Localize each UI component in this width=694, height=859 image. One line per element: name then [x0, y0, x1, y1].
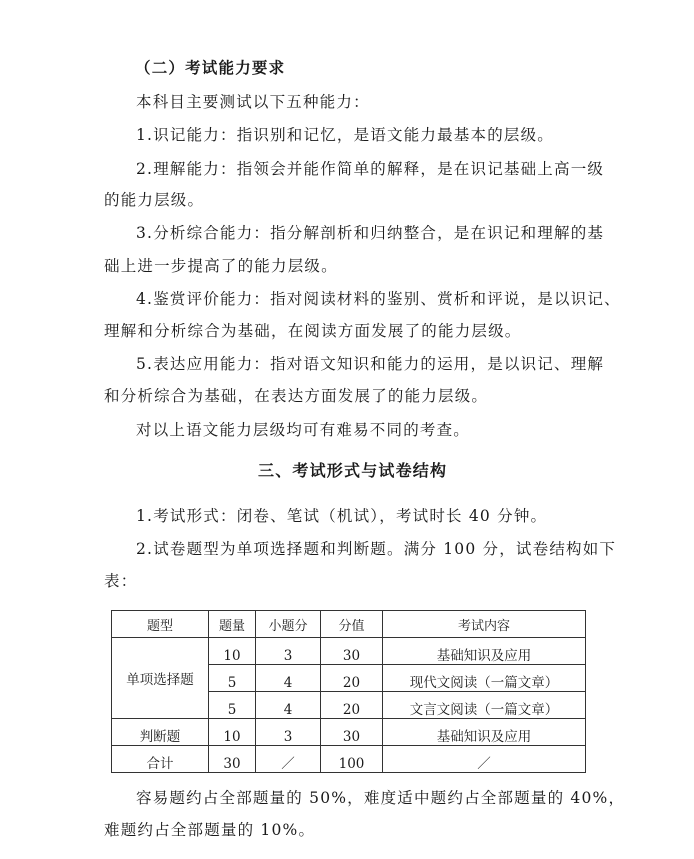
difficulty-line1: 容易题约占全部题量的 50%，难度适中题约占全部题量的 40%，: [136, 788, 625, 808]
ability-4-line1: 4.鉴赏评价能力：指对阅读材料的鉴别、赏析和评说，是以识记、: [136, 289, 621, 309]
cell-count: 5: [209, 692, 256, 719]
type-total: 合计: [112, 746, 209, 773]
header-content: 考试内容: [383, 611, 586, 638]
ability-5-line1: 5.表达应用能力：指对语文知识和能力的运用，是以识记、理解: [136, 354, 604, 374]
intro-paragraph: 本科目主要测试以下五种能力：: [136, 92, 370, 112]
header-type: 题型: [112, 611, 209, 638]
header-score: 分值: [321, 611, 383, 638]
cell-points-each: 4: [256, 665, 321, 692]
cell-count: 10: [209, 719, 256, 746]
cell-content: 基础知识及应用: [383, 638, 586, 665]
ability-4-line2: 理解和分析综合为基础，在阅读方面发展了的能力层级。: [104, 321, 522, 341]
cell-content: ／: [383, 746, 586, 773]
cell-count: 30: [209, 746, 256, 773]
cell-score: 20: [321, 665, 383, 692]
abilities-note: 对以上语文能力层级均可有难易不同的考查。: [136, 420, 470, 440]
type-single-choice: 单项选择题: [112, 638, 209, 719]
difficulty-line2: 难题约占全部题量的 10%。: [104, 820, 315, 840]
ability-1: 1.识记能力：指识别和记忆，是语文能力最基本的层级。: [136, 125, 554, 145]
cell-points-each: 3: [256, 638, 321, 665]
header-points-each: 小题分: [256, 611, 321, 638]
ability-2-line2: 的能力层级。: [104, 190, 204, 210]
cell-score: 20: [321, 692, 383, 719]
structure-line2: 表：: [104, 571, 137, 591]
subsection-title: （二）考试能力要求: [135, 58, 285, 78]
ability-3-line2: 础上进一步提高了的能力层级。: [104, 256, 338, 276]
table-header-row: 题型 题量 小题分 分值 考试内容: [112, 611, 586, 638]
cell-points-each: 3: [256, 719, 321, 746]
cell-points-each: ／: [256, 746, 321, 773]
cell-content: 现代文阅读（一篇文章）: [383, 665, 586, 692]
ability-2-line1: 2.理解能力：指领会并能作简单的解释，是在识记基础上高一级: [136, 159, 604, 179]
structure-line1: 2.试卷题型为单项选择题和判断题。满分 100 分，试卷结构如下: [136, 539, 616, 559]
table-total-row: 合计 30 ／ 100 ／: [112, 746, 586, 773]
type-true-false: 判断题: [112, 719, 209, 746]
exam-format-line: 1.考试形式：闭卷、笔试（机试），考试时长 40 分钟。: [136, 506, 547, 526]
table-row: 单项选择题 10 3 30 基础知识及应用: [112, 638, 586, 665]
cell-count: 10: [209, 638, 256, 665]
cell-count: 5: [209, 665, 256, 692]
cell-score: 30: [321, 638, 383, 665]
table-row: 判断题 10 3 30 基础知识及应用: [112, 719, 586, 746]
ability-3-line1: 3.分析综合能力：指分解剖析和归纳整合，是在识记和理解的基: [136, 223, 604, 243]
cell-content: 基础知识及应用: [383, 719, 586, 746]
cell-score: 100: [321, 746, 383, 773]
exam-structure-table: 题型 题量 小题分 分值 考试内容 单项选择题 10 3 30 基础知识及应用 …: [111, 610, 586, 773]
cell-points-each: 4: [256, 692, 321, 719]
section3-title: 三、考试形式与试卷结构: [258, 461, 447, 481]
header-count: 题量: [209, 611, 256, 638]
cell-content: 文言文阅读（一篇文章）: [383, 692, 586, 719]
ability-5-line2: 和分析综合为基础，在表达方面发展了的能力层级。: [104, 386, 488, 406]
cell-score: 30: [321, 719, 383, 746]
